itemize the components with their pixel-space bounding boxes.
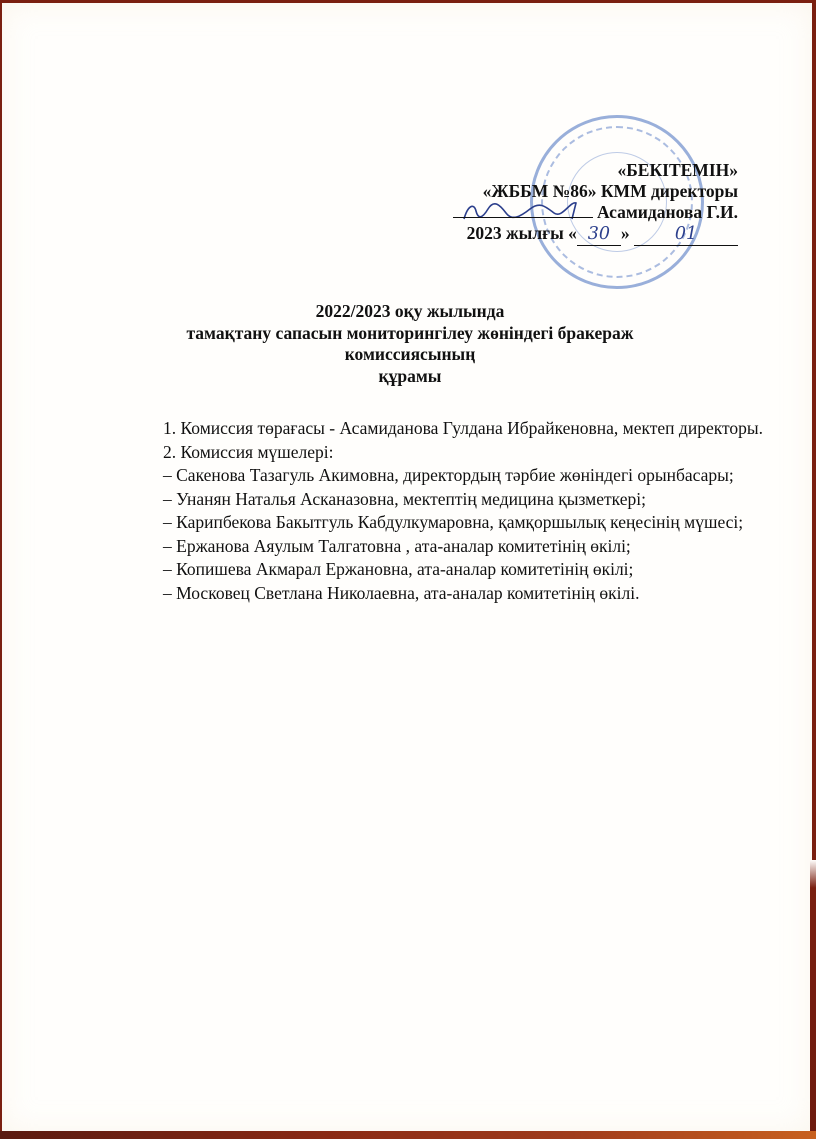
signature-line <box>453 217 593 218</box>
approval-heading: «БЕКІТЕМІН» <box>418 160 738 181</box>
title-line-2: тамақтану сапасын мониторингілеу жөнінде… <box>2 323 816 345</box>
date-prefix: 2023 жылғы « <box>467 223 577 243</box>
member-item: – Унанян Наталья Асканазовна, мектептің … <box>139 488 774 512</box>
member-item: – Карипбекова Бакытгуль Кабдулкумаровна,… <box>139 511 774 535</box>
background-edge <box>810 860 816 1139</box>
document-body: 1. Комиссия төрағасы - Асамиданова Гулда… <box>139 417 774 605</box>
member-item: – Ержанова Аяулым Талгатовна , ата-анала… <box>139 535 774 559</box>
approval-date-line: 2023 жылғы «30» 01 <box>418 223 738 246</box>
date-suffix: » <box>621 223 630 243</box>
approval-signer-name: Асамиданова Г.И. <box>597 202 738 222</box>
member-item: – Копишева Акмарал Ержановна, ата-аналар… <box>139 558 774 582</box>
title-line-1: 2022/2023 оқу жылында <box>2 301 816 323</box>
approval-block: «БЕКІТЕМІН» «ЖББМ №86» КММ директоры Аса… <box>418 160 738 246</box>
member-item: – Московец Светлана Николаевна, ата-анал… <box>139 582 774 606</box>
approval-organization: «ЖББМ №86» КММ директоры <box>418 181 738 202</box>
members-heading: 2. Комиссия мүшелері: <box>139 441 774 465</box>
chairperson-item: 1. Комиссия төрағасы - Асамиданова Гулда… <box>139 417 774 441</box>
document-title: 2022/2023 оқу жылында тамақтану сапасын … <box>2 301 816 387</box>
date-day: 30 <box>577 224 621 246</box>
title-line-4: құрамы <box>2 366 816 388</box>
approval-signer-line: Асамиданова Г.И. <box>418 202 738 223</box>
date-month: 01 <box>634 224 738 246</box>
member-item: – Сакенова Тазагуль Акимовна, директорды… <box>139 464 774 488</box>
title-line-3: комиссиясының <box>2 344 816 366</box>
document-page: «БЕКІТЕМІН» «ЖББМ №86» КММ директоры Аса… <box>2 3 812 1133</box>
background-edge <box>0 1131 816 1139</box>
